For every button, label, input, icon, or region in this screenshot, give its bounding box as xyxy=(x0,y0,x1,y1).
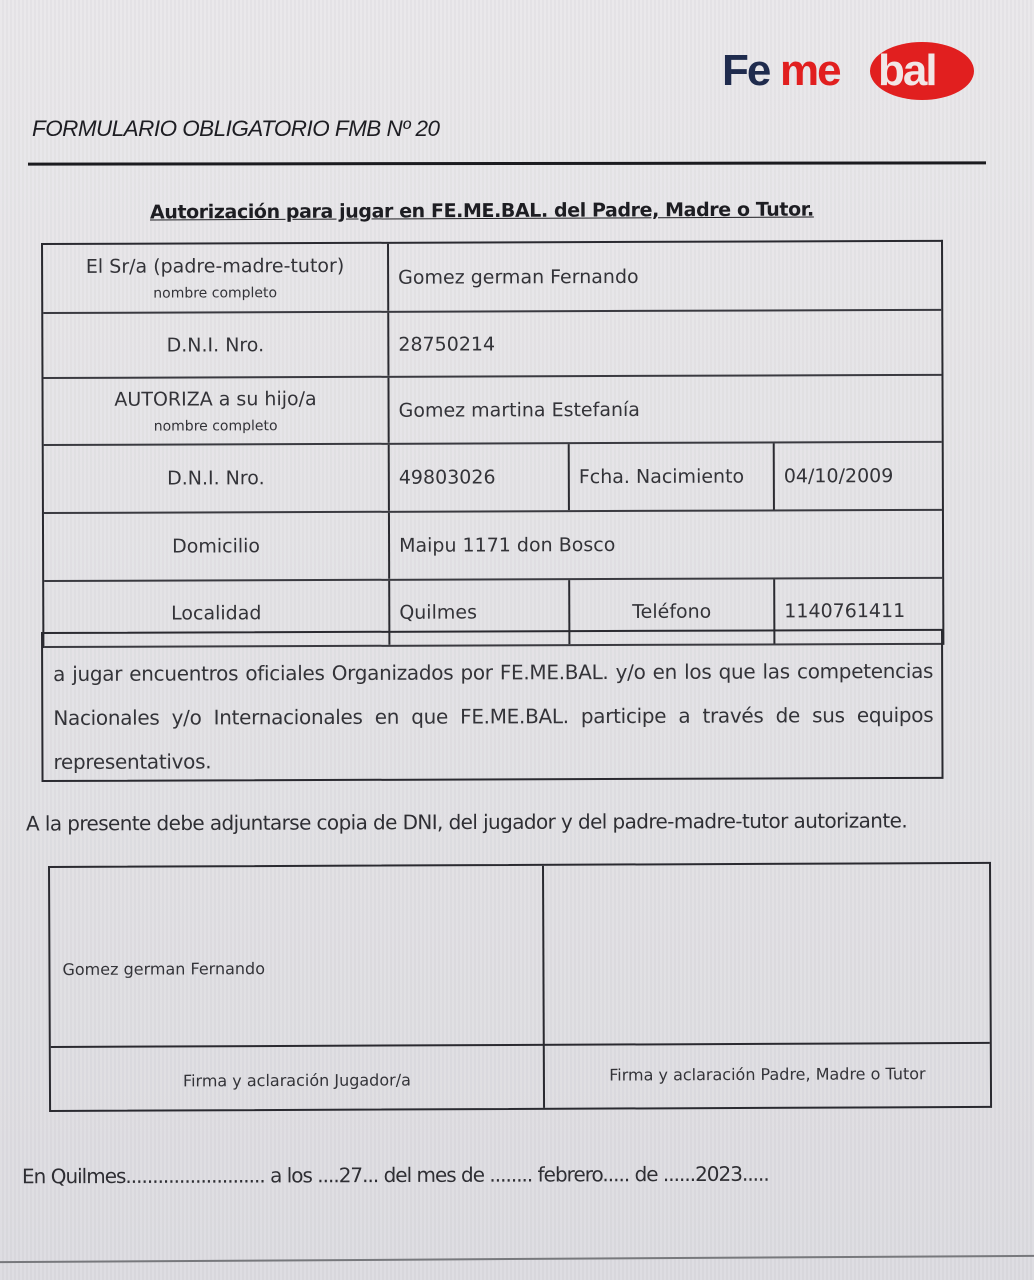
child-name-label: AUTORIZA a su hijo/a nombre completo xyxy=(43,378,389,444)
child-dni-field[interactable]: 49803026 xyxy=(390,444,570,511)
logo-text-bal: bal xyxy=(878,46,936,96)
page-title: Autorización para jugar en FE.ME.BAL. de… xyxy=(150,199,814,224)
femebal-logo: Fe me bal xyxy=(722,40,982,100)
guardian-dni-label: D.N.I. Nro. xyxy=(43,313,389,377)
table-row-child-dni: D.N.I. Nro. 49803026 Fcha. Nacimiento 04… xyxy=(44,443,942,514)
player-signature-field[interactable]: Gomez german Fernando xyxy=(62,959,265,979)
address-field[interactable]: Maipu 1171 don Bosco xyxy=(390,511,942,579)
table-row-child-name: AUTORIZA a su hijo/a nombre completo Gom… xyxy=(43,376,941,446)
table-row-address: Domicilio Maipu 1171 don Bosco xyxy=(44,511,942,582)
authorization-text: a jugar encuentros oficiales Organizados… xyxy=(41,629,944,782)
form-number-heading: FORMULARIO OBLIGATORIO FMB Nº 20 xyxy=(32,116,440,142)
child-sublabel-text: nombre completo xyxy=(154,418,278,434)
table-row-guardian-dni: D.N.I. Nro. 28750214 xyxy=(43,311,941,379)
child-dni-label: D.N.I. Nro. xyxy=(44,445,390,512)
table-row-guardian-name: El Sr/a (padre-madre-tutor) nombre compl… xyxy=(43,242,941,314)
guardian-signature-label: Firma y aclaración Padre, Madre o Tutor xyxy=(545,1064,990,1085)
form-page: Fe me bal FORMULARIO OBLIGATORIO FMB Nº … xyxy=(0,0,1034,1280)
guardian-sublabel-text: nombre completo xyxy=(153,285,277,301)
player-signature-label: Firma y aclaración Jugador/a xyxy=(51,1070,543,1091)
logo-text-fe: Fe xyxy=(722,46,769,96)
child-label-text: AUTORIZA a su hijo/a xyxy=(114,388,316,411)
guardian-name-label: El Sr/a (padre-madre-tutor) nombre compl… xyxy=(43,244,389,312)
signature-table: Gomez german Fernando Firma y aclaración… xyxy=(48,862,992,1112)
authorization-table: El Sr/a (padre-madre-tutor) nombre compl… xyxy=(41,240,944,648)
birth-date-label: Fcha. Nacimiento xyxy=(570,443,775,510)
attachment-note: A la presente debe adjuntarse copia de D… xyxy=(26,808,907,835)
signature-divider-horizontal xyxy=(51,1042,990,1048)
address-label: Domicilio xyxy=(44,513,390,580)
birth-date-field[interactable]: 04/10/2009 xyxy=(775,443,942,510)
guardian-label-text: El Sr/a (padre-madre-tutor) xyxy=(86,254,344,277)
header-divider xyxy=(28,161,986,165)
logo-text-me: me xyxy=(780,46,840,96)
guardian-dni-field[interactable]: 28750214 xyxy=(389,311,941,376)
place-date-line: En Quilmes.......................... a l… xyxy=(22,1162,769,1189)
child-name-field[interactable]: Gomez martina Estefanía xyxy=(389,376,941,443)
bottom-divider xyxy=(0,1255,1034,1263)
guardian-name-field[interactable]: Gomez german Fernando xyxy=(389,242,941,311)
